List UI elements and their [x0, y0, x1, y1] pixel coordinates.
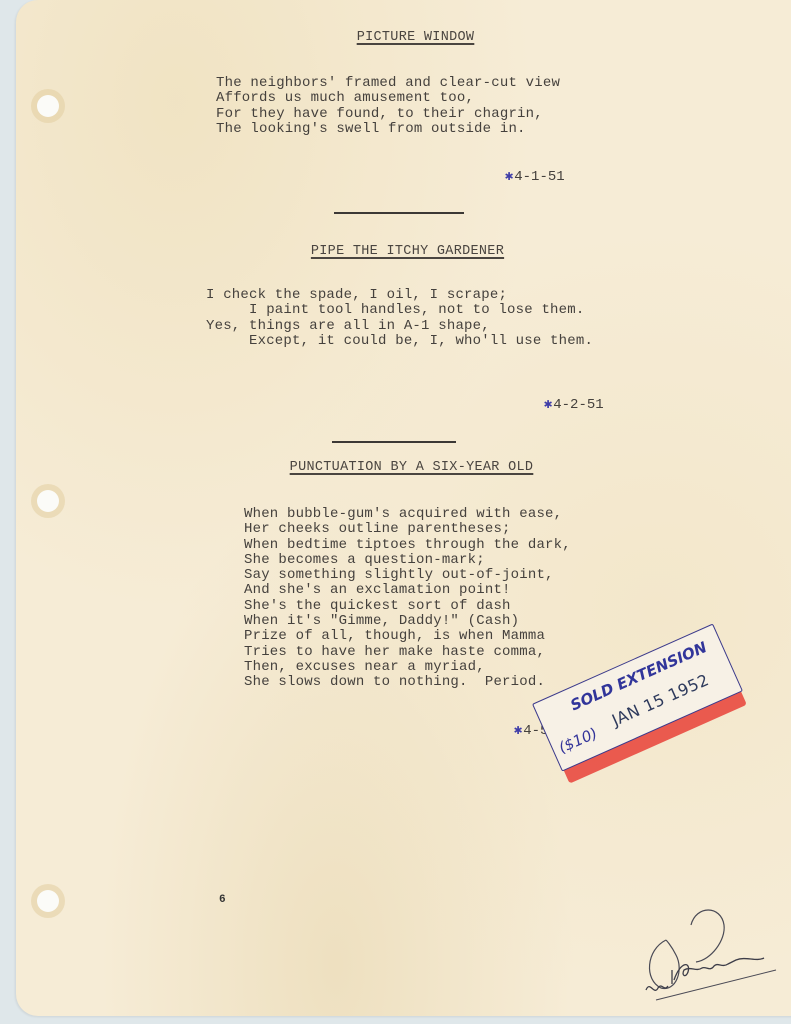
binder-hole-middle — [37, 490, 59, 512]
poem-body: The neighbors' framed and clear-cut view… — [216, 76, 560, 137]
asterisk-mark-icon: ✱ — [544, 397, 552, 413]
poem-date-text: 4-2-51 — [553, 397, 603, 413]
poem-body: When bubble-gum's acquired with ease, He… — [244, 507, 571, 691]
section-divider — [334, 212, 464, 214]
poem-title: PICTURE WINDOW — [20, 30, 791, 45]
asterisk-mark-icon: ✱ — [514, 723, 522, 739]
stamp-price: ($10) — [556, 724, 600, 757]
page-number: 6 — [219, 894, 226, 906]
section-divider — [332, 441, 456, 443]
poem-date: ✱4-1-51 — [488, 152, 565, 185]
poem-date: ✱4-2-51 — [527, 380, 604, 413]
poem-body: I check the spade, I oil, I scrape; I pa… — [206, 288, 593, 349]
poem-date-text: 4-1-51 — [514, 169, 564, 185]
poem-title: PUNCTUATION BY A SIX-YEAR OLD — [16, 460, 791, 475]
signature — [636, 900, 786, 1010]
poem-title: PIPE THE ITCHY GARDENER — [12, 244, 791, 259]
binder-hole-bottom — [37, 890, 59, 912]
binder-hole-top — [37, 95, 59, 117]
asterisk-mark-icon: ✱ — [505, 169, 513, 185]
